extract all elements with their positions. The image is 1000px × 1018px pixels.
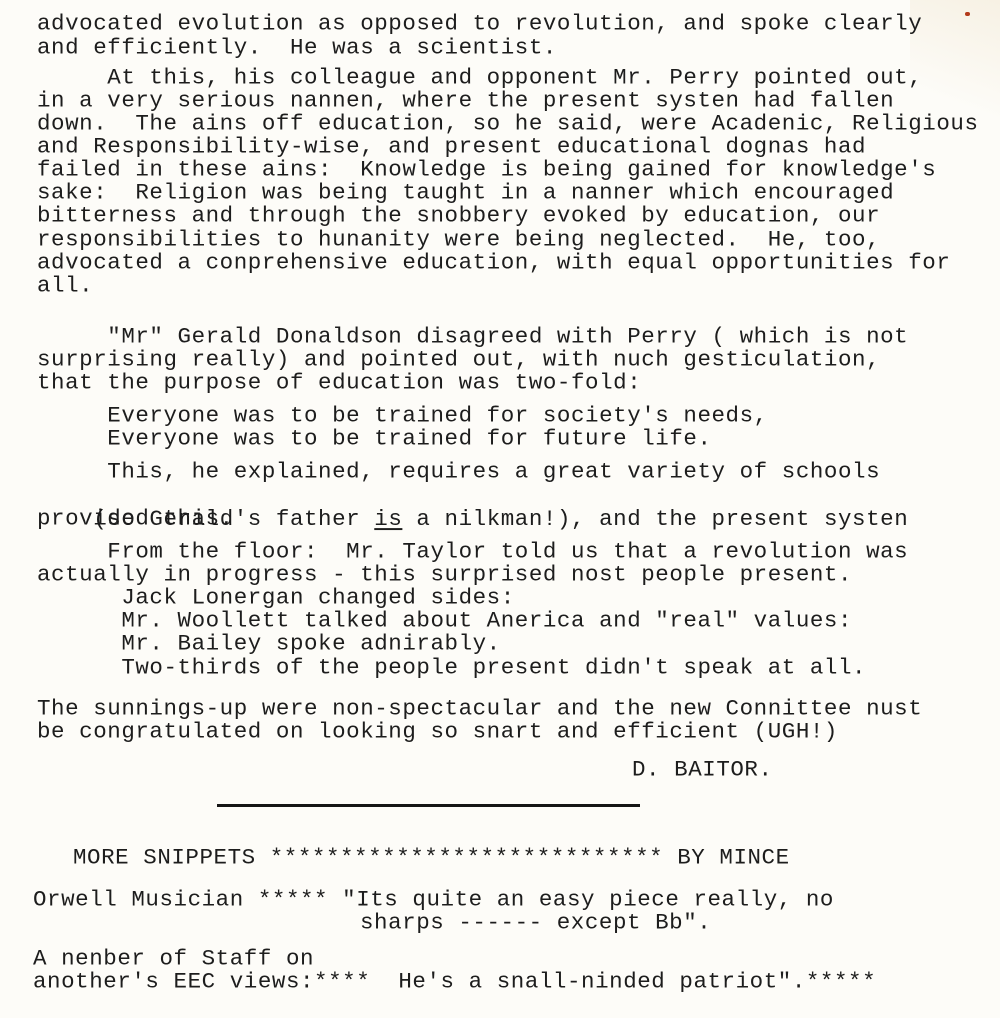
underlined-emphasis: is: [374, 507, 402, 532]
text-line: and efficiently. He was a scientist.: [37, 36, 557, 60]
snippet-line: sharps ------ except Bb".: [360, 911, 711, 935]
text-line: responsibilities to hunanity were being …: [37, 228, 880, 252]
text-line: actually in progress - this surprised no…: [37, 563, 852, 587]
snippets-heading: MORE SNIPPETS **************************…: [73, 846, 790, 870]
text-line: At this, his colleague and opponent Mr. …: [37, 66, 922, 90]
text-line: provided this.: [37, 507, 234, 531]
text-line: bitterness and through the snobbery evok…: [37, 204, 880, 228]
text-line: From the floor: Mr. Taylor told us that …: [37, 540, 908, 564]
section-divider: [217, 804, 640, 807]
text-line: sake: Religion was being taught in a nan…: [37, 181, 894, 205]
text-line: advocated evolution as opposed to revolu…: [37, 12, 922, 36]
text-line: advocated a conprehensive education, wit…: [37, 251, 950, 275]
text-line: surprising really) and pointed out, with…: [37, 348, 880, 372]
text-line: in a very serious nannen, where the pres…: [37, 89, 894, 113]
text-line: all.: [37, 274, 93, 298]
text-line: and Responsibility-wise, and present edu…: [37, 135, 866, 159]
text-line: that the purpose of education was two-fo…: [37, 371, 641, 395]
author-signature: D. BAITOR.: [632, 758, 773, 782]
text-line: Mr. Woollett talked about Anerica and "r…: [37, 609, 852, 633]
snippet-line: A nenber of Staff on: [33, 947, 314, 971]
ink-speck: [965, 12, 970, 16]
text-line: Two-thirds of the people present didn't …: [37, 656, 866, 680]
text-line: "Mr" Gerald Donaldson disagreed with Per…: [37, 325, 908, 349]
text-line: The sunnings-up were non-spectacular and…: [37, 697, 922, 721]
text-line: Everyone was to be trained for future li…: [37, 427, 712, 451]
typewritten-page: advocated evolution as opposed to revolu…: [0, 0, 1000, 1018]
text-line: be congratulated on looking so snart and…: [37, 720, 838, 744]
text-line: down. The ains off education, so he said…: [37, 112, 979, 136]
snippet-line: Orwell Musician ***** "Its quite an easy…: [33, 888, 834, 912]
text-line: Everyone was to be trained for society's…: [37, 404, 768, 428]
snippet-line: another's EEC views:**** He's a snall-ni…: [33, 970, 876, 994]
text-line: This, he explained, requires a great var…: [37, 460, 880, 484]
text-segment: a nilkman!), and the present systen: [402, 507, 908, 532]
text-line: failed in these ains: Knowledge is being…: [37, 158, 936, 182]
text-line: Jack Lonergan changed sides:: [37, 586, 515, 610]
text-line: Mr. Bailey spoke adnirably.: [37, 632, 501, 656]
